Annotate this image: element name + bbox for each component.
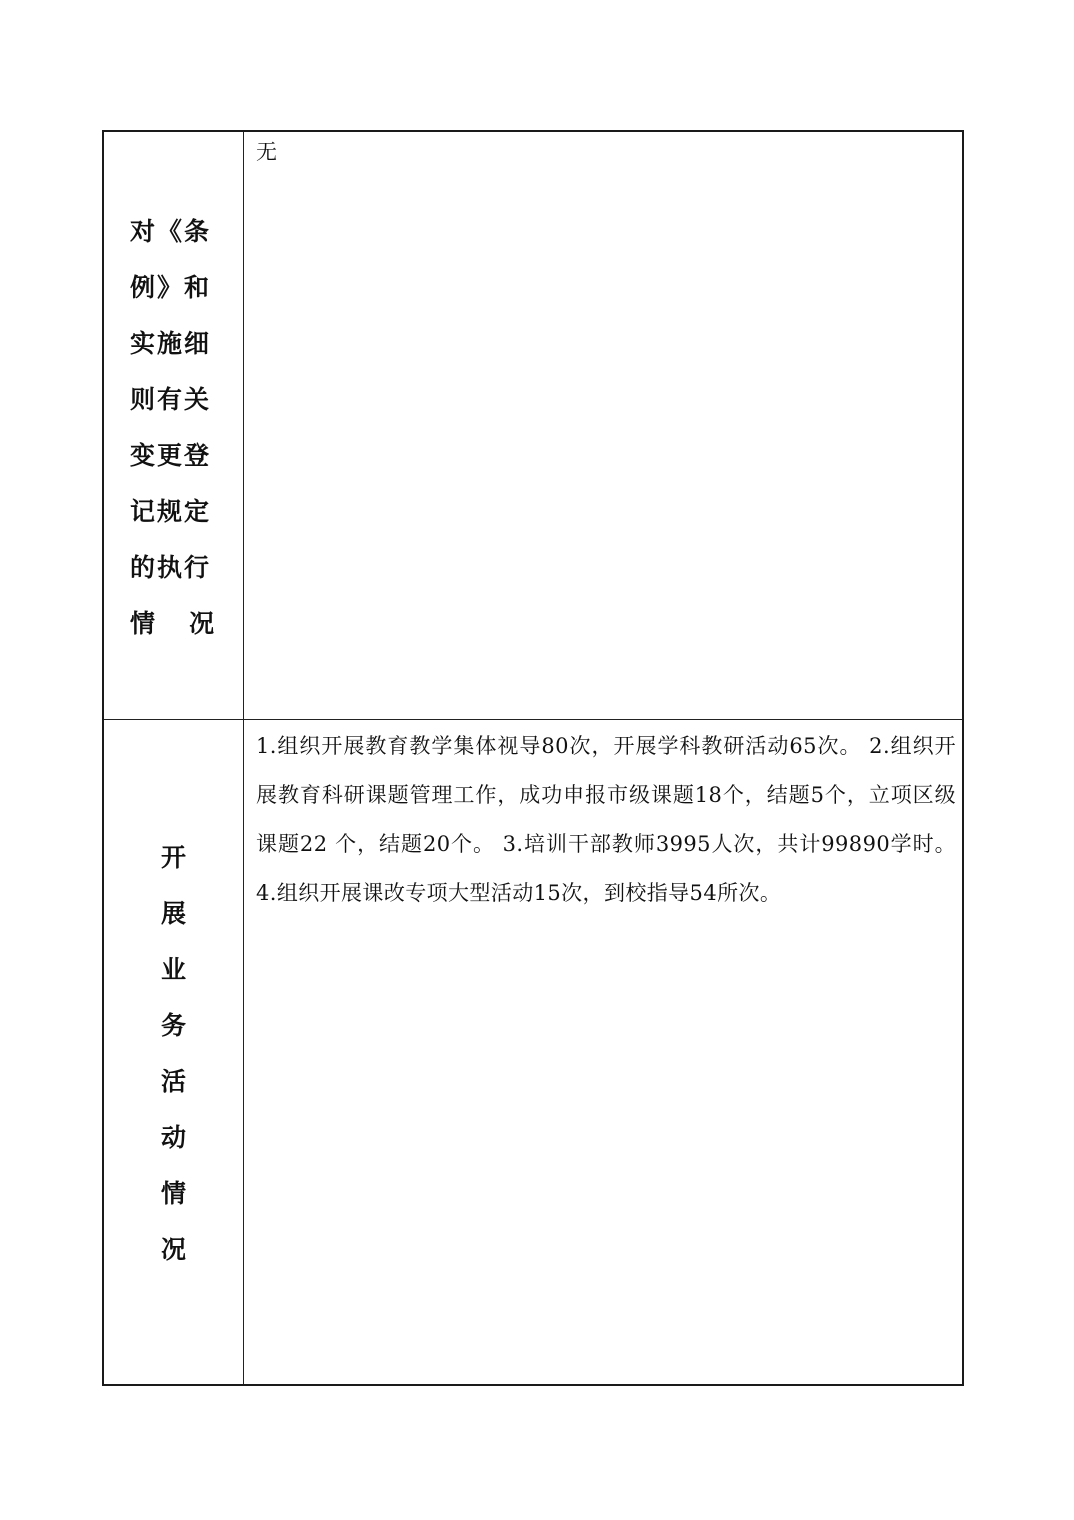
label-line: 情 [104,1179,243,1209]
label-line: 展 [104,899,243,929]
label-line: 况 [104,1235,243,1265]
label-line: 动 [104,1123,243,1153]
row2-content: 1.组织开展教育教学集体视导80次，开展学科教研活动65次。 2.组织开展教育科… [256,722,956,918]
report-table: 对《条 例》和 实施细 则有关 变更登 记规定 的执行 情 况 无 开 展 业 … [102,130,964,1386]
label-line: 活 [104,1067,243,1097]
label-line: 业 [104,955,243,985]
column-divider [243,132,244,1384]
label-line: 开 [104,843,243,873]
label-line: 务 [104,1011,243,1041]
row1-content: 无 [256,136,277,166]
row2-label: 开 展 业 务 活 动 情 况 [104,132,243,1384]
